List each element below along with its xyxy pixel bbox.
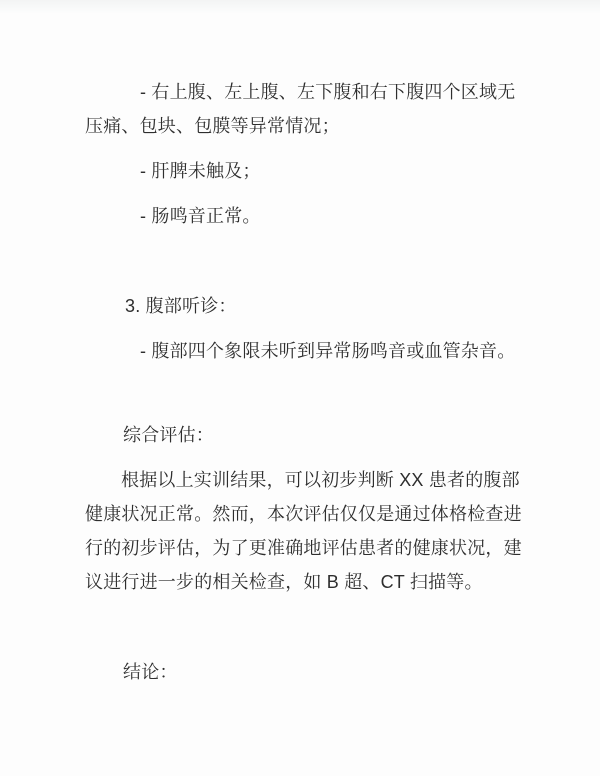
- document-page: - 右上腹、左上腹、左下腹和右下腹四个区域无 压痛、包块、包膜等异常情况； - …: [0, 0, 545, 689]
- body-paragraph-assessment: 根据以上实训结果，可以初步判断 XX 患者的腹部 健康状况正常。然而，本次评估仅…: [85, 463, 545, 599]
- section-heading-auscultation: 3. 腹部听诊：: [85, 289, 545, 323]
- bullet-item-quadrants: - 腹部四个象限未听到异常肠鸣音或血管杂音。: [85, 334, 545, 368]
- section-heading-overall-assessment: 综合评估：: [85, 418, 545, 452]
- bullet-item-liver-spleen: - 肝脾未触及；: [85, 154, 545, 188]
- bullet-item-bowel-sounds: - 肠鸣音正常。: [85, 199, 545, 233]
- bullet-item-region-palpation: - 右上腹、左上腹、左下腹和右下腹四个区域无 压痛、包块、包膜等异常情况；: [85, 75, 545, 143]
- section-heading-conclusion: 结论：: [85, 655, 545, 689]
